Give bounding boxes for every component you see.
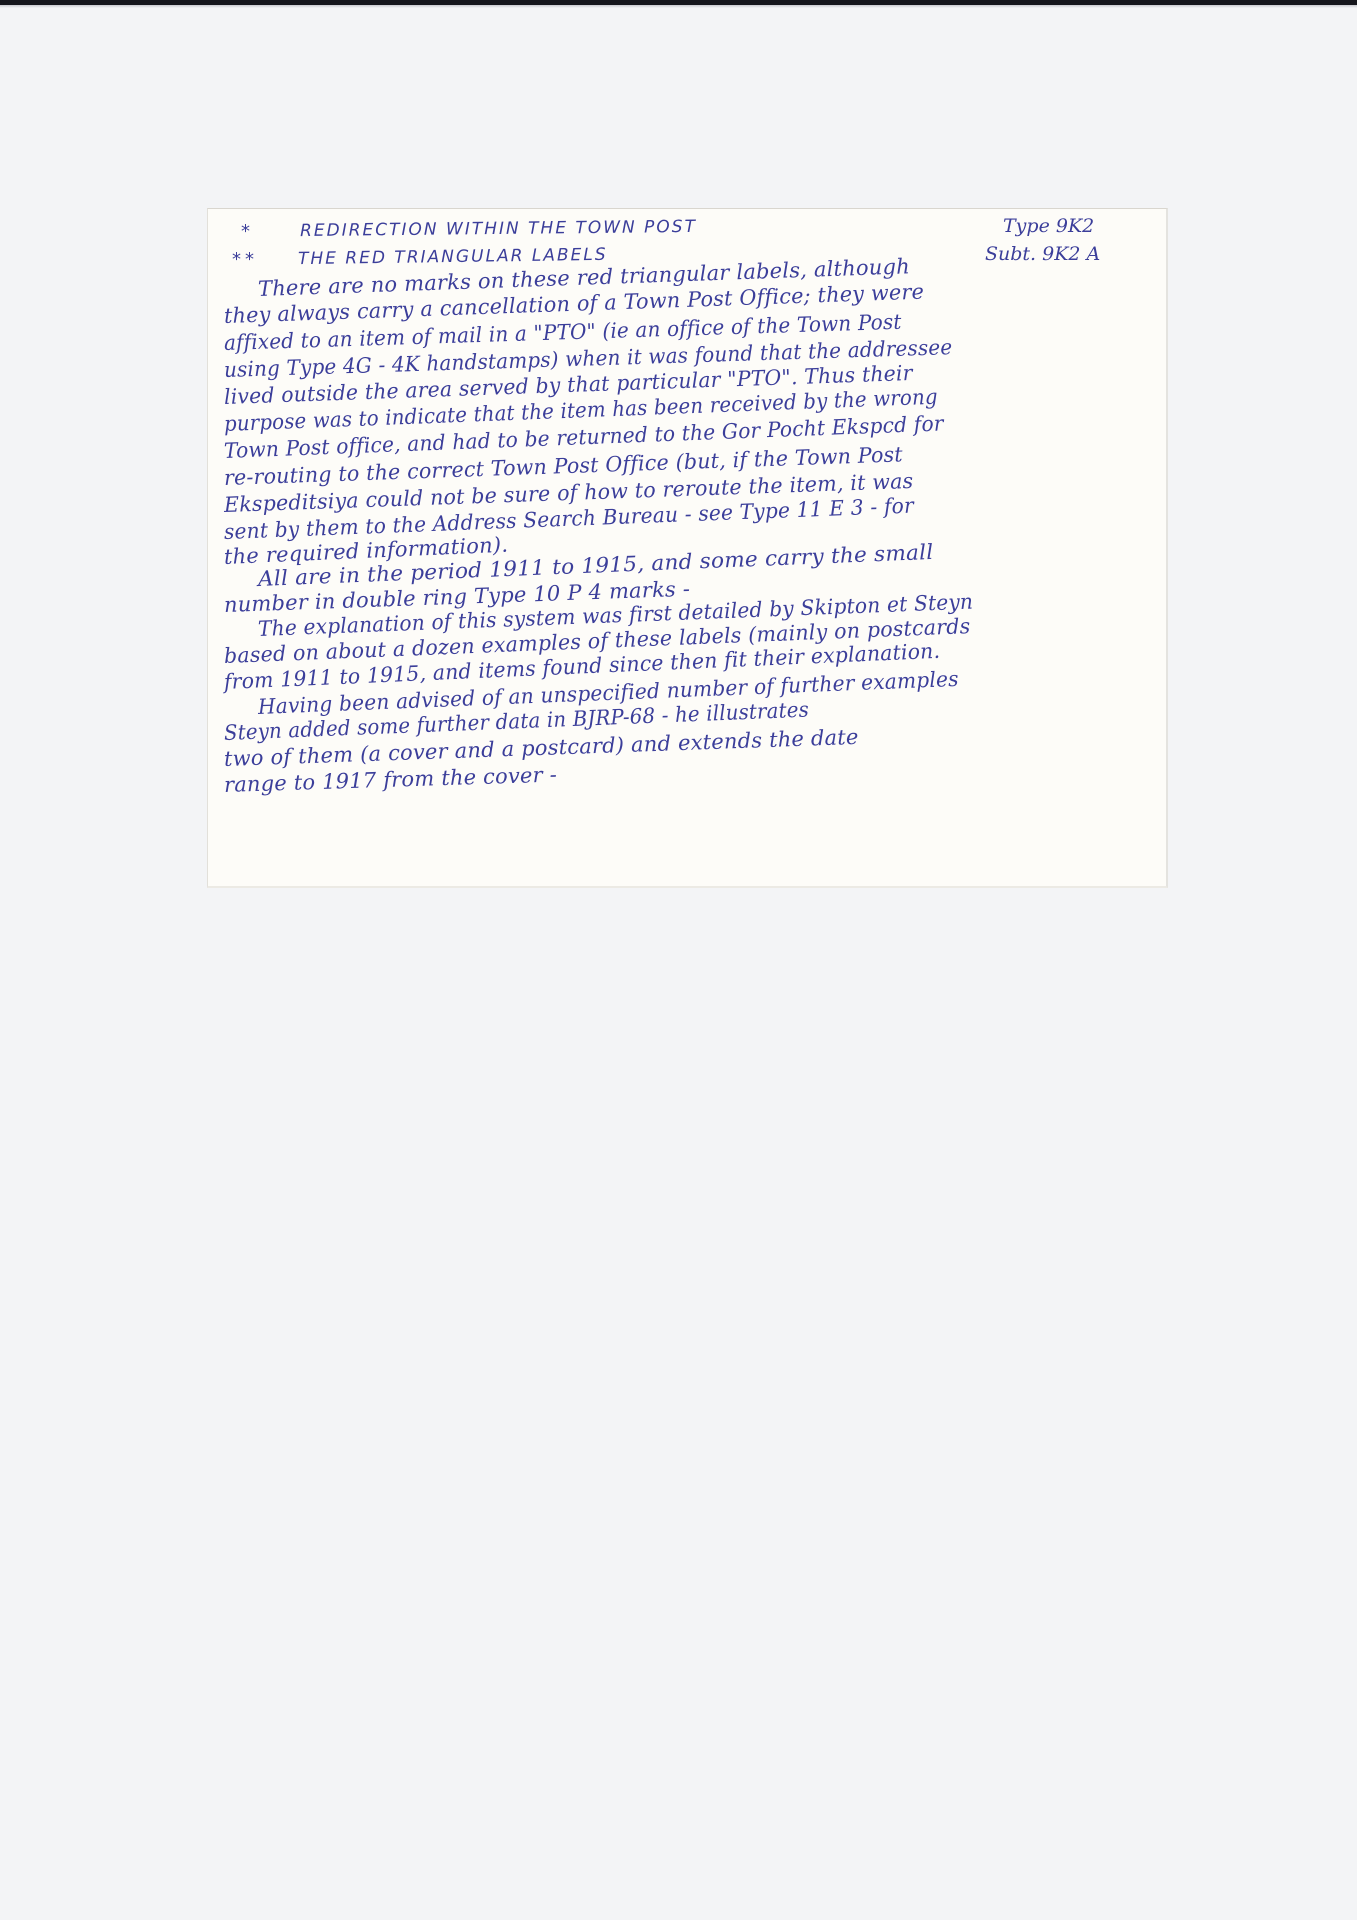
double-asterisk-marker: ** [232,249,258,270]
type-label: Type 9K2 [1003,215,1094,237]
subtype-label: Subt. 9K2 A [985,243,1100,265]
note-card: * REDIRECTION WITHIN THE TOWN POST ** TH… [207,208,1168,888]
scan-top-edge [0,0,1357,5]
single-asterisk-marker: * [241,221,250,242]
heading-line-1: REDIRECTION WITHIN THE TOWN POST [300,217,697,241]
